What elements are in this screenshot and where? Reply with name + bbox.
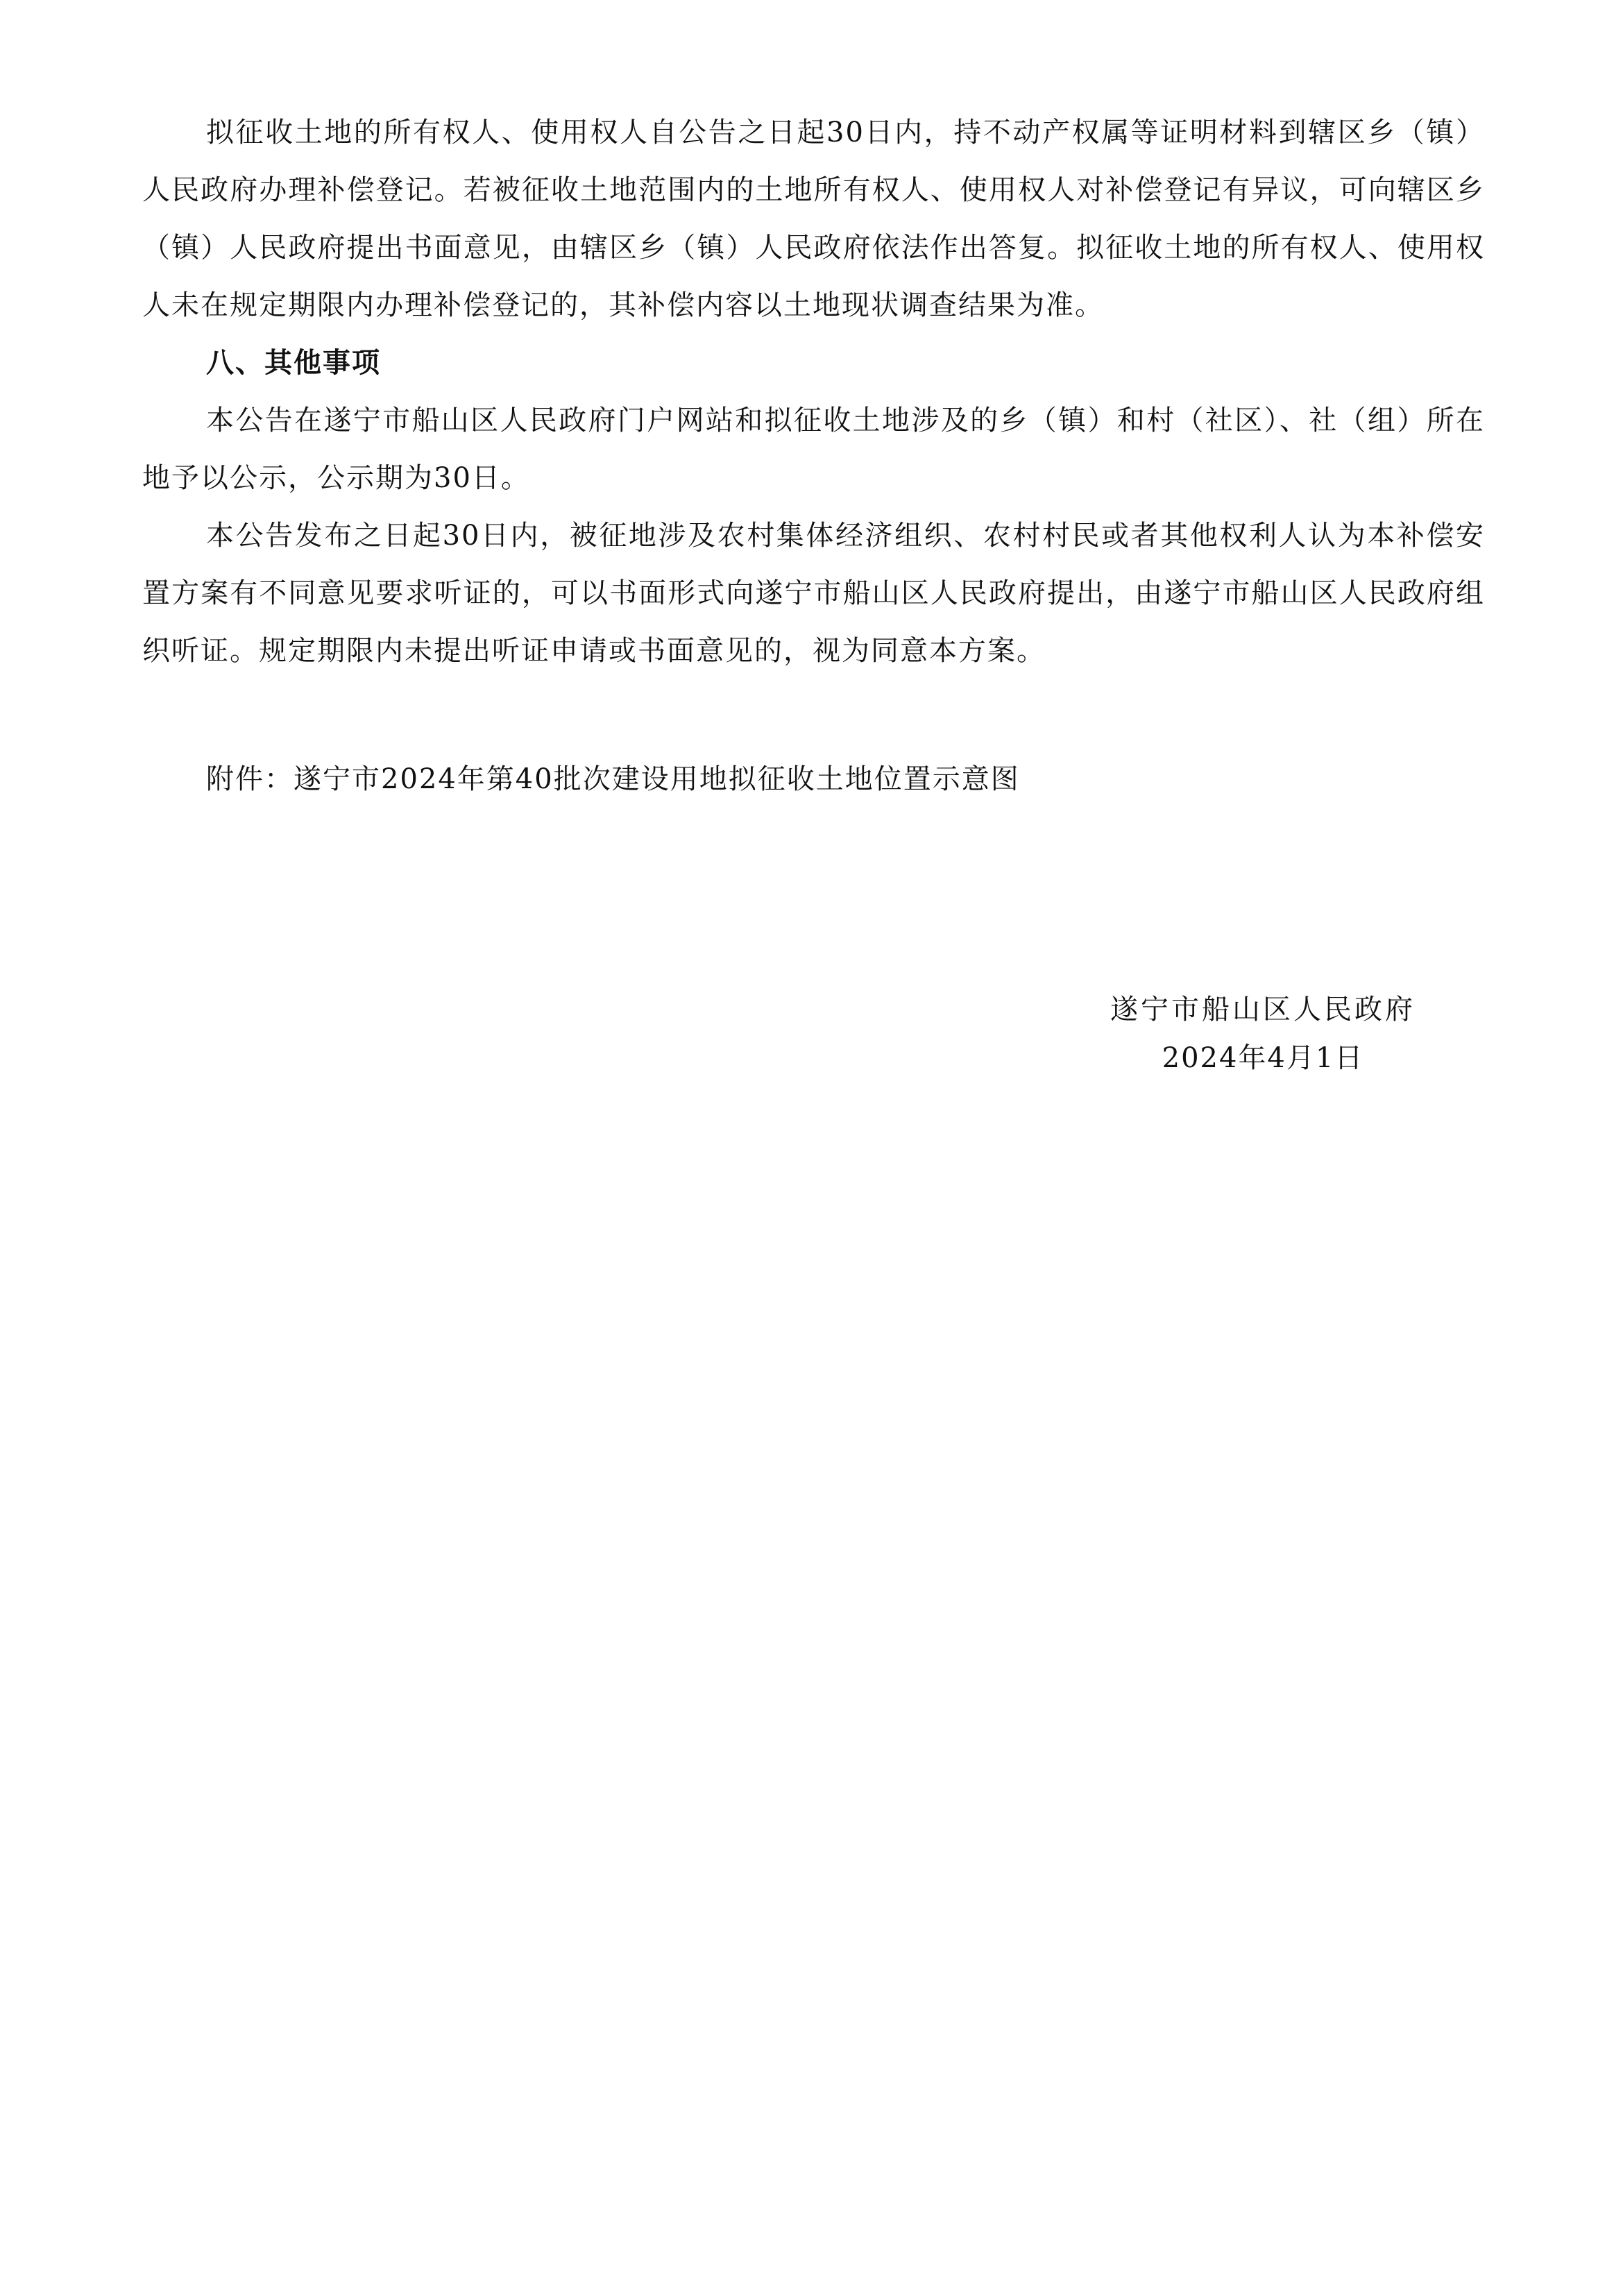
paragraph-compensation-registration: 拟征收土地的所有权人、使用权人自公告之日起30日内，持不动产权属等证明材料到辖区…	[142, 104, 1485, 334]
paragraph-hearing: 本公告发布之日起30日内，被征地涉及农村集体经济组织、农村村民或者其他权利人认为…	[142, 507, 1485, 680]
signature-date: 2024年4月1日	[1096, 1034, 1429, 1082]
signature-block: 遂宁市船山区人民政府 2024年4月1日	[1096, 985, 1429, 1082]
document-page: 拟征收土地的所有权人、使用权人自公告之日起30日内，持不动产权属等证明材料到辖区…	[0, 0, 1623, 2296]
paragraph-publication: 本公告在遂宁市船山区人民政府门户网站和拟征收土地涉及的乡（镇）和村（社区）、社（…	[142, 392, 1485, 507]
document-body: 拟征收土地的所有权人、使用权人自公告之日起30日内，持不动产权属等证明材料到辖区…	[142, 104, 1485, 680]
signature-organization: 遂宁市船山区人民政府	[1096, 985, 1429, 1034]
section-heading-other-matters: 八、其他事项	[142, 334, 1485, 392]
attachment-note: 附件：遂宁市2024年第40批次建设用地拟征收土地位置示意图	[206, 751, 1020, 808]
